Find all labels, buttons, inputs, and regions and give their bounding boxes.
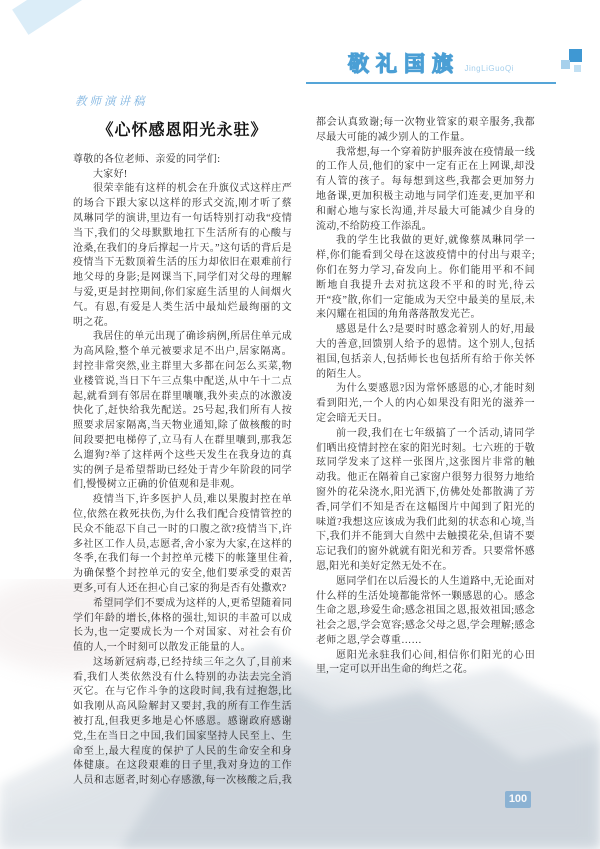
paragraph: 我的学生比我做的更好,就像蔡凤琳同学一样,你们能看到父母在这波疫情中的付出与艰辛… [316, 234, 535, 323]
section-pinyin-label: JingLiGuoQi [464, 64, 514, 73]
paragraph: 愿阳光永驻我们心间,相信你们阳光的心田里,一定可以开出生命的绚烂之花。 [316, 649, 535, 679]
article-body: 《心怀感恩阳光永驻》 尊敬的各位老师、亲爱的同学们: 大家好! 很荣幸能有这样的… [73, 116, 535, 816]
square-icon [574, 65, 581, 72]
paragraph: 我居住的单元出现了确诊病例,所居住单元成为高风险,整个单元被要求足不出户,居家隔… [73, 330, 292, 493]
paragraph: 感恩是什么?是要时时感念着别人的好,用最大的善意,回馈别人给予的恩情。这个别人,… [316, 323, 535, 382]
paragraph: 疫情当下,许多医护人员,难以果腹封控在单位,依然在救死扶伤,为什么我们配合疫情管… [73, 493, 292, 597]
paragraph: 前一段,我们在七年级搞了一个活动,请同学们晒出疫情封控在家的阳光时刻。七六班的于… [316, 427, 535, 575]
salutation: 尊敬的各位老师、亲爱的同学们: [73, 153, 292, 168]
square-icon [569, 49, 582, 62]
corner-ribbon-decoration [12, 0, 94, 35]
section-title: 敬礼国旗 [348, 53, 460, 76]
article-type-label: 教师演讲稿 [75, 93, 148, 109]
squares-decoration-icon [558, 48, 582, 74]
page-number-badge: 100 [505, 791, 531, 808]
paragraph: 为什么要感恩?因为常怀感恩的心,才能时刻看到阳光,一个人的内心如果没有阳光的滋养… [316, 382, 535, 426]
paragraph: 我常想,每一个穿着防护服奔波在疫情最一线的工作人员,他们的家中一定有正在上网课,… [316, 146, 535, 235]
paragraph: 希望同学们不要成为这样的人,更希望随着同学们年龄的增长,体格的强壮,知识的丰盈可… [73, 597, 292, 656]
document-page: 敬礼国旗 JingLiGuoQi 教师演讲稿 《心怀感恩阳光永驻》 尊敬的各位老… [0, 0, 600, 849]
square-icon [561, 60, 570, 69]
article-title: 《心怀感恩阳光永驻》 [73, 124, 292, 139]
greeting: 大家好! [73, 168, 292, 183]
paragraph: 很荣幸能有这样的机会在升旗仪式这样庄严的场合下跟大家以这样的形式交流,刚才听了蔡… [73, 182, 292, 330]
section-header: 敬礼国旗 JingLiGuoQi [306, 48, 556, 84]
paragraph: 愿同学们在以后漫长的人生道路中,无论面对什么样的生活处境都能常怀一颗感恩的心。感… [316, 575, 535, 649]
